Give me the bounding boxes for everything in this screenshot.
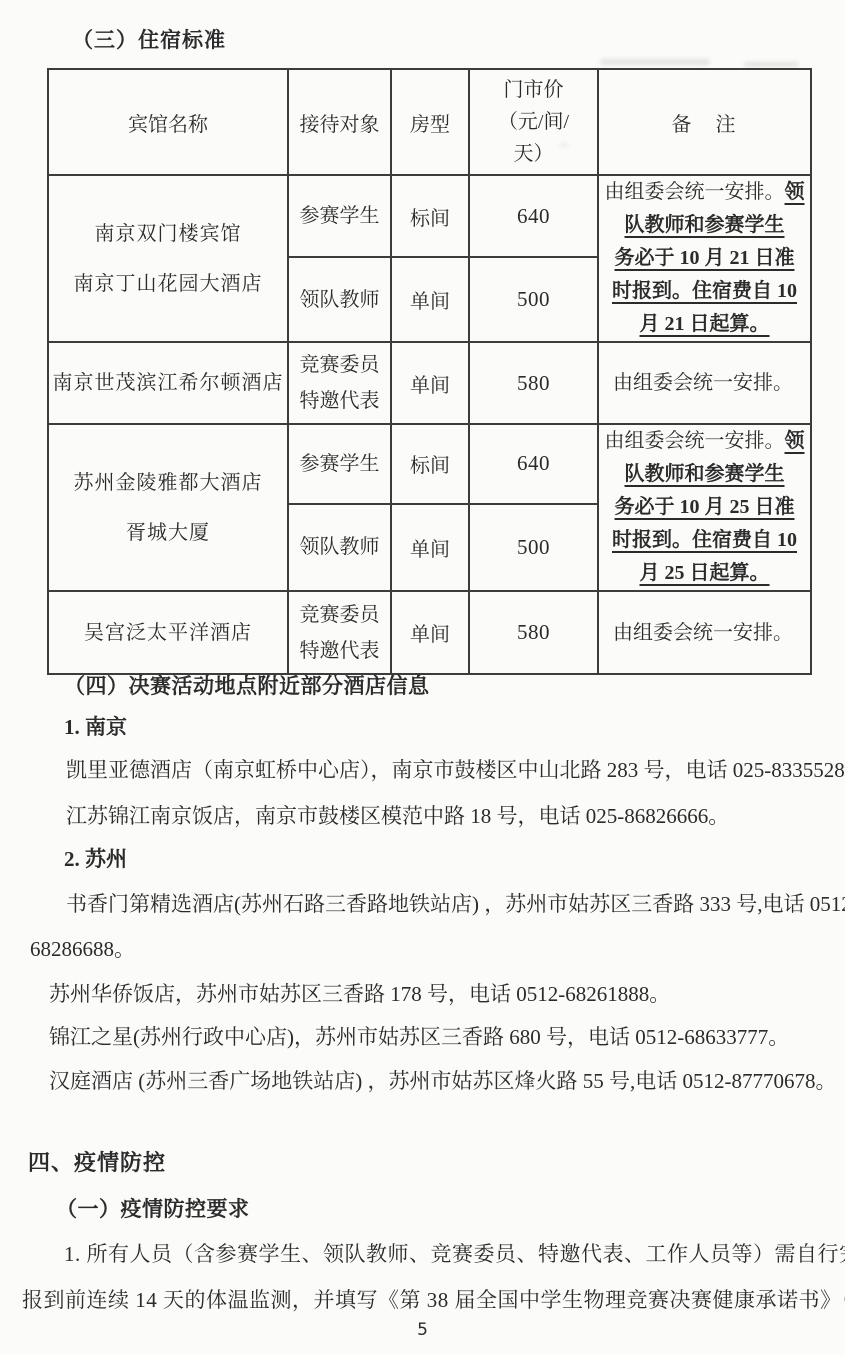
- lodging-standards-table: 宾馆名称 接待对象 房型 门市价 （元/间/ 天） 备 注 南京双门楼宾馆 南京…: [47, 68, 812, 675]
- col-header-guest-type: 接待对象: [288, 69, 391, 175]
- remark-cell: 由组委会统一安排。领队教师和参赛学生 务必于 10 月 25 日准 时报到。住宿…: [598, 424, 811, 591]
- remark-plain-text: 由组委会统一安排。: [613, 372, 793, 394]
- price-cell: 640: [469, 175, 598, 257]
- hotel-info-line: 锦江之星(苏州行政中心店)，苏州市姑苏区三香路 680 号，电话 0512-68…: [49, 1023, 789, 1051]
- table-row: 吴宫泛太平洋酒店 竞赛委员 特邀代表 单间 580 由组委会统一安排。: [48, 591, 811, 674]
- table-row: 南京世茂滨江希尔顿酒店 竞赛委员 特邀代表 单间 580 由组委会统一安排。: [48, 342, 811, 424]
- guest-type-cell: 参赛学生: [288, 175, 391, 257]
- hotel-name-cell: 苏州金陵雅都大酒店 胥城大厦: [48, 424, 288, 591]
- hotel-info-line: 凯里亚德酒店（南京虹桥中心店），南京市鼓楼区中山北路 283 号，电话 025-…: [66, 756, 845, 784]
- guest-type-cell: 竞赛委员 特邀代表: [288, 342, 391, 424]
- room-type-cell: 单间: [391, 257, 469, 342]
- table-row: 苏州金陵雅都大酒店 胥城大厦 参赛学生 标间 640 由组委会统一安排。领队教师…: [48, 424, 811, 504]
- remark-plain-text: 由组委会统一安排。: [605, 181, 785, 203]
- remark-cell: 由组委会统一安排。领队教师和参赛学生 务必于 10 月 21 日准 时报到。住宿…: [598, 175, 811, 342]
- hotel-name-cell: 吴宫泛太平洋酒店: [48, 591, 288, 674]
- hotel-info-line: 汉庭酒店 (苏州三香广场地铁站店) ，苏州市姑苏区烽火路 55 号,电话 051…: [49, 1067, 836, 1095]
- hotel-name-cell: 南京双门楼宾馆 南京丁山花园大酒店: [48, 175, 288, 342]
- document-page: （三）住宿标准 宾馆名称 接待对象 房型 门市价 （元/间/ 天） 备 注 南京…: [0, 0, 845, 1355]
- guest-type-cell: 参赛学生: [288, 424, 391, 504]
- guest-type-cell: 领队教师: [288, 504, 391, 591]
- nanjing-subheading: 1. 南京: [64, 713, 127, 741]
- hotel-name-cell: 南京世茂滨江希尔顿酒店: [48, 342, 288, 424]
- page-number: 5: [0, 1316, 845, 1344]
- remark-underlined-text: 领队教师和参赛学生 务必于 10 月 25 日准 时报到。住宿费自 10 月 2…: [612, 430, 805, 584]
- section4-heading: （四）决赛活动地点附近部分酒店信息: [64, 672, 430, 700]
- price-cell: 500: [469, 257, 598, 342]
- price-cell: 580: [469, 342, 598, 424]
- section3-heading: （三）住宿标准: [72, 26, 226, 54]
- epidemic-section-heading: 四、疫情防控: [28, 1149, 166, 1177]
- room-type-cell: 单间: [391, 591, 469, 674]
- remark-underlined-text: 领队教师和参赛学生 务必于 10 月 21 日准 时报到。住宿费自 10 月 2…: [612, 181, 805, 335]
- room-type-cell: 标间: [391, 424, 469, 504]
- epidemic-paragraph-line: 1. 所有人员（含参赛学生、领队教师、竞赛委员、特邀代表、工作人员等）需自行完成: [64, 1240, 845, 1268]
- guest-type-cell: 领队教师: [288, 257, 391, 342]
- price-cell: 640: [469, 424, 598, 504]
- col-header-remark: 备 注: [598, 69, 811, 175]
- scan-smudge: [744, 62, 799, 67]
- col-header-hotel-name: 宾馆名称: [48, 69, 288, 175]
- table-row: 南京双门楼宾馆 南京丁山花园大酒店 参赛学生 标间 640 由组委会统一安排。领…: [48, 175, 811, 257]
- room-type-cell: 标间: [391, 175, 469, 257]
- hotel-info-line: 苏州华侨饭店，苏州市姑苏区三香路 178 号，电话 0512-68261888。: [49, 980, 670, 1008]
- price-cell: 500: [469, 504, 598, 591]
- epidemic-subheading: （一）疫情防控要求: [56, 1195, 250, 1223]
- hotel-info-line: 江苏锦江南京饭店，南京市鼓楼区模范中路 18 号，电话 025-86826666…: [66, 802, 729, 830]
- col-header-room-type: 房型: [391, 69, 469, 175]
- remark-plain-text: 由组委会统一安排。: [605, 430, 785, 452]
- col-header-price: 门市价 （元/间/ 天）: [469, 69, 598, 175]
- scan-smudge: [600, 59, 710, 65]
- remark-cell: 由组委会统一安排。: [598, 342, 811, 424]
- hotel-info-line-continuation: 68286688。: [30, 935, 135, 963]
- guest-type-cell: 竞赛委员 特邀代表: [288, 591, 391, 674]
- remark-cell: 由组委会统一安排。: [598, 591, 811, 674]
- hotel-info-line: 书香门第精选酒店(苏州石路三香路地铁站店) ，苏州市姑苏区三香路 333 号,电…: [66, 890, 845, 918]
- epidemic-paragraph-line: 报到前连续 14 天的体温监测，并填写《第 38 届全国中学生物理竞赛决赛健康承…: [22, 1286, 845, 1314]
- table-header-row: 宾馆名称 接待对象 房型 门市价 （元/间/ 天） 备 注: [48, 69, 811, 175]
- room-type-cell: 单间: [391, 342, 469, 424]
- room-type-cell: 单间: [391, 504, 469, 591]
- suzhou-subheading: 2. 苏州: [64, 845, 127, 873]
- remark-plain-text: 由组委会统一安排。: [613, 622, 793, 644]
- price-cell: 580: [469, 591, 598, 674]
